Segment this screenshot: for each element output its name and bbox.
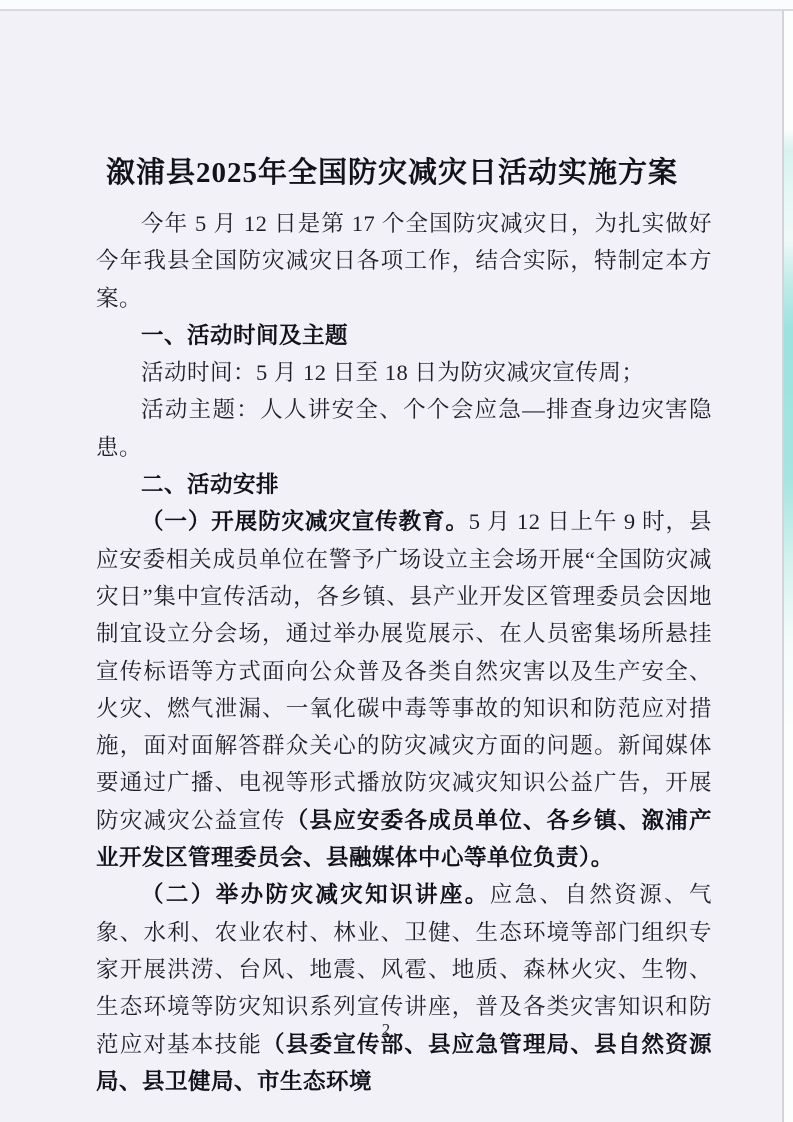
scan-edge-top xyxy=(0,0,793,11)
bold-text-run: 二、活动安排 xyxy=(141,472,279,497)
document-title: 溆浦县2025年全国防灾减灾日活动实施方案 xyxy=(0,150,784,191)
text-run: 5 月 12 日上午 9 时，县应安委相关成员单位在警予广场设立主会场开展“全国… xyxy=(96,509,712,832)
scan-edge-right xyxy=(782,0,793,1122)
paragraph: 活动主题：人人讲安全、个个会应急—排查身边灾害隐患。 xyxy=(96,391,712,466)
paragraph: 活动时间：5 月 12 日至 18 日为防灾减灾宣传周； xyxy=(96,354,712,391)
text-run: 活动主题：人人讲安全、个个会应急—排查身边灾害隐患。 xyxy=(96,397,712,459)
paragraph: （二）举办防灾减灾知识讲座。应急、自然资源、气象、水利、农业农村、林业、卫健、生… xyxy=(96,876,712,1100)
bold-text-run: （一）开展防灾减灾宣传教育。 xyxy=(141,509,469,534)
document-paper: 溆浦县2025年全国防灾减灾日活动实施方案 今年 5 月 12 日是第 17 个… xyxy=(0,0,784,1122)
section-heading: 二、活动安排 xyxy=(96,466,712,503)
bold-text-run: （二）举办防灾减灾知识讲座。 xyxy=(141,882,490,907)
text-run: 今年 5 月 12 日是第 17 个全国防灾减灾日，为扎实做好今年我县全国防灾减… xyxy=(96,211,712,311)
text-run: 活动时间：5 月 12 日至 18 日为防灾减灾宣传周； xyxy=(141,360,644,385)
paragraph: 今年 5 月 12 日是第 17 个全国防灾减灾日，为扎实做好今年我县全国防灾减… xyxy=(96,205,712,317)
paragraph: （一）开展防灾减灾宣传教育。5 月 12 日上午 9 时，县应安委相关成员单位在… xyxy=(96,503,712,876)
bold-text-run: 一、活动时间及主题 xyxy=(141,323,348,348)
scanned-document-page: 溆浦县2025年全国防灾减灾日活动实施方案 今年 5 月 12 日是第 17 个… xyxy=(0,0,793,1122)
document-body: 今年 5 月 12 日是第 17 个全国防灾减灾日，为扎实做好今年我县全国防灾减… xyxy=(96,205,712,1100)
text-run: 应急、自然资源、气象、水利、农业农村、林业、卫健、生态环境等部门组织专家开展洪涝… xyxy=(96,882,712,1056)
section-heading: 一、活动时间及主题 xyxy=(96,317,712,354)
page-number: 2 xyxy=(374,1020,398,1040)
